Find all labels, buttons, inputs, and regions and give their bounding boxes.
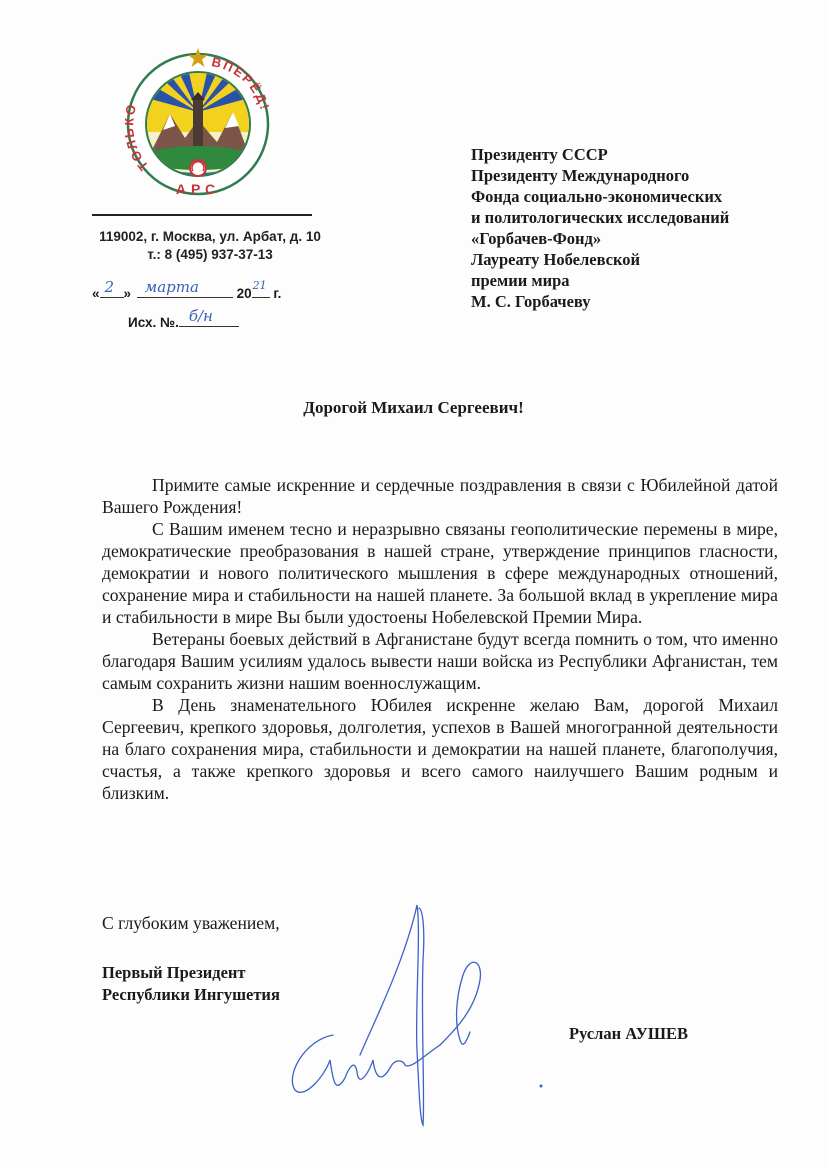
- signer-title: Первый Президент Республики Ингушетия: [102, 962, 280, 1006]
- date-line: «2» марта 2021 г.: [92, 283, 322, 305]
- salutation: Дорогой Михаил Сергеевич!: [0, 398, 827, 418]
- reference-handwritten: б/н: [189, 307, 213, 325]
- addressee-line: Президенту Международного: [471, 165, 811, 186]
- body-paragraph: Ветераны боевых действий в Афганистане б…: [102, 628, 778, 694]
- addressee-block: Президенту СССР Президенту Международног…: [471, 144, 811, 312]
- body-paragraph: С Вашим именем тесно и неразрывно связан…: [102, 518, 778, 628]
- reference-label: Исх. №.: [128, 315, 179, 330]
- date-year-prefix: 20: [237, 286, 252, 301]
- logo-acronym: АРС: [176, 181, 220, 197]
- signer-title-line: Республики Ингушетия: [102, 984, 280, 1006]
- reference-number-line: Исх. №.б/н: [128, 312, 258, 334]
- closing-phrase: С глубоким уважением,: [102, 913, 280, 934]
- addressee-line: М. С. Горбачеву: [471, 291, 811, 312]
- addressee-line: Лауреату Нобелевской: [471, 249, 811, 270]
- addressee-line: Президенту СССР: [471, 144, 811, 165]
- date-month-handwritten: марта: [145, 278, 199, 296]
- date-day-field: 2: [100, 283, 124, 298]
- signer-name: Руслан АУШЕВ: [569, 1024, 688, 1044]
- letterhead-divider: [92, 214, 312, 216]
- addressee-line: премии мира: [471, 270, 811, 291]
- date-year-label: г.: [273, 286, 281, 301]
- body-paragraph: В День знаменательного Юбилея искренне ж…: [102, 694, 778, 804]
- date-year-field: 21: [252, 283, 270, 298]
- letterhead-phone: т.: 8 (495) 937-37-13: [70, 247, 350, 262]
- letterhead-address: 119002, г. Москва, ул. Арбат, д. 10: [70, 229, 350, 244]
- date-open-quote: «: [92, 286, 100, 301]
- reference-field: б/н: [179, 312, 239, 327]
- date-day-handwritten: 2: [105, 278, 115, 296]
- addressee-line: Фонда социально-экономических: [471, 186, 811, 207]
- signer-title-line: Первый Президент: [102, 962, 280, 984]
- date-year-handwritten: 21: [253, 279, 267, 292]
- addressee-line: «Горбачев-Фонд»: [471, 228, 811, 249]
- letter-body: Примите самые искренние и сердечные позд…: [102, 474, 778, 804]
- organization-logo: ТОЛЬКО ВПЕРЁД! АРС: [125, 42, 271, 204]
- date-month-field: марта: [137, 283, 233, 298]
- handwritten-signature: [255, 900, 555, 1130]
- body-paragraph: Примите самые искренние и сердечные позд…: [102, 474, 778, 518]
- addressee-line: и политологических исследований: [471, 207, 811, 228]
- date-close-quote: »: [124, 286, 132, 301]
